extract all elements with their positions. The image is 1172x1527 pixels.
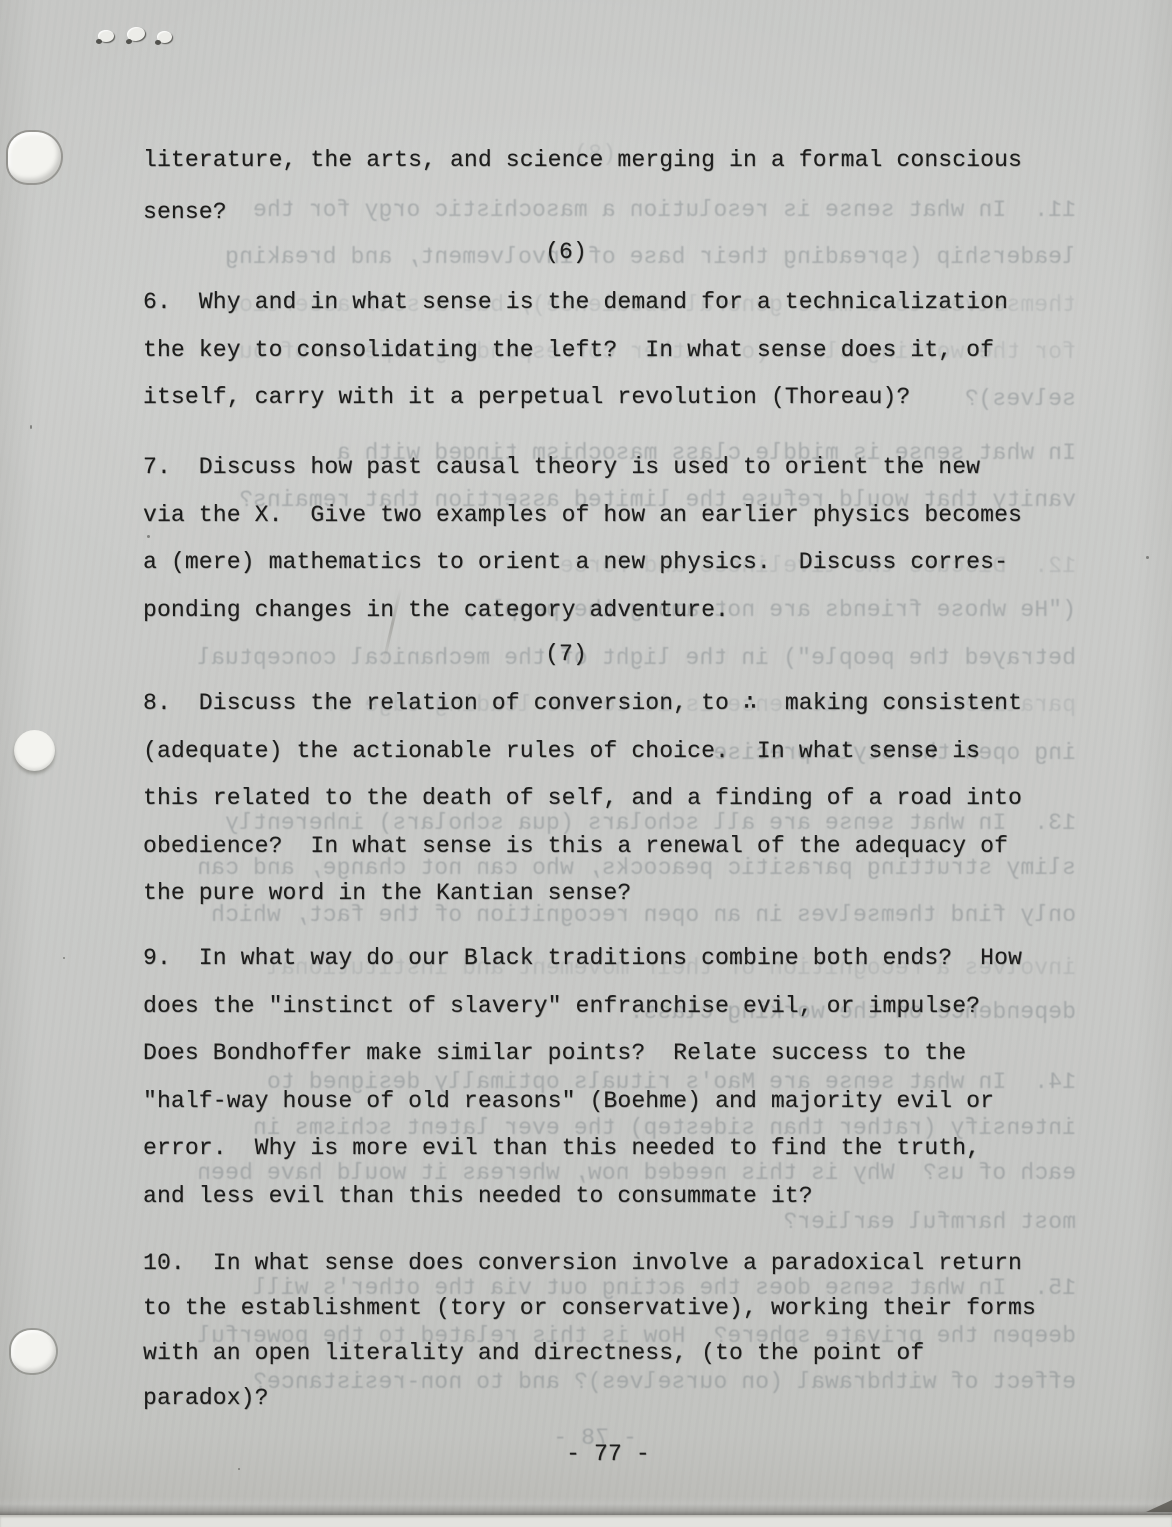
- punch-hole: [8, 132, 61, 183]
- section-marker-6: (6): [0, 238, 1152, 266]
- punch-hole: [14, 730, 55, 771]
- staple-mark: [98, 30, 114, 42]
- paragraph-question-8: 8. Discuss the relation of conversion, t…: [143, 689, 1063, 927]
- speck: [1146, 556, 1149, 559]
- text-line: Does Bondhoffer make similar points? Rel…: [143, 1039, 1063, 1087]
- text-line: the key to consolidating the left? In wh…: [143, 336, 1063, 384]
- paragraph-intro-continuation: literature, the arts, and science mergin…: [143, 146, 1063, 250]
- staple-mark: [126, 26, 146, 42]
- text-line: "half-way house of old reasons" (Boehme)…: [143, 1087, 1063, 1135]
- speck: [63, 957, 65, 959]
- page-number: - 77 -: [22, 1440, 1172, 1468]
- staple-mark: [157, 31, 172, 43]
- paragraph-question-9: 9. In what way do our Black traditions c…: [143, 944, 1063, 1229]
- scanned-page: (8) 11. In what sense is resolution a ma…: [0, 0, 1172, 1527]
- text-line: 8. Discuss the relation of conversion, t…: [143, 689, 1063, 737]
- text-line: 10. In what sense does conversion involv…: [143, 1249, 1063, 1294]
- text-line: obedience? In what sense is this a renew…: [143, 832, 1063, 880]
- section-marker-7: (7): [0, 640, 1152, 668]
- text-line: the pure word in the Kantian sense?: [143, 879, 1063, 927]
- text-line: a (mere) mathematics to orient a new phy…: [143, 548, 1063, 596]
- text-line: via the X. Give two examples of how an e…: [143, 501, 1063, 549]
- speck: [238, 1468, 240, 1470]
- paragraph-question-6: 6. Why and in what sense is the demand f…: [143, 288, 1063, 431]
- text-line: itself, carry with it a perpetual revolu…: [143, 383, 1063, 431]
- text-line: ponding changes in the category adventur…: [143, 596, 1063, 644]
- paragraph-question-7: 7. Discuss how past causal theory is use…: [143, 453, 1063, 643]
- text-line: literature, the arts, and science mergin…: [143, 146, 1063, 198]
- text-line: error. Why is more evil than this needed…: [143, 1134, 1063, 1182]
- speck: [30, 425, 32, 429]
- text-line: 9. In what way do our Black traditions c…: [143, 944, 1063, 992]
- text-line: 7. Discuss how past causal theory is use…: [143, 453, 1063, 501]
- text-line: to the establishment (tory or conservati…: [143, 1294, 1063, 1339]
- speck: [147, 535, 150, 538]
- scanner-background: [0, 1515, 1172, 1527]
- text-line: does the "instinct of slavery" enfranchi…: [143, 992, 1063, 1040]
- text-line: with an open literality and directness, …: [143, 1339, 1063, 1384]
- text-line: 6. Why and in what sense is the demand f…: [143, 288, 1063, 336]
- text-line: (adequate) the actionable rules of choic…: [143, 737, 1063, 785]
- paragraph-question-10: 10. In what sense does conversion involv…: [143, 1249, 1063, 1429]
- text-line: and less evil than this needed to consum…: [143, 1182, 1063, 1230]
- punch-hole: [11, 1330, 56, 1373]
- text-line: paradox)?: [143, 1384, 1063, 1429]
- text-line: this related to the death of self, and a…: [143, 784, 1063, 832]
